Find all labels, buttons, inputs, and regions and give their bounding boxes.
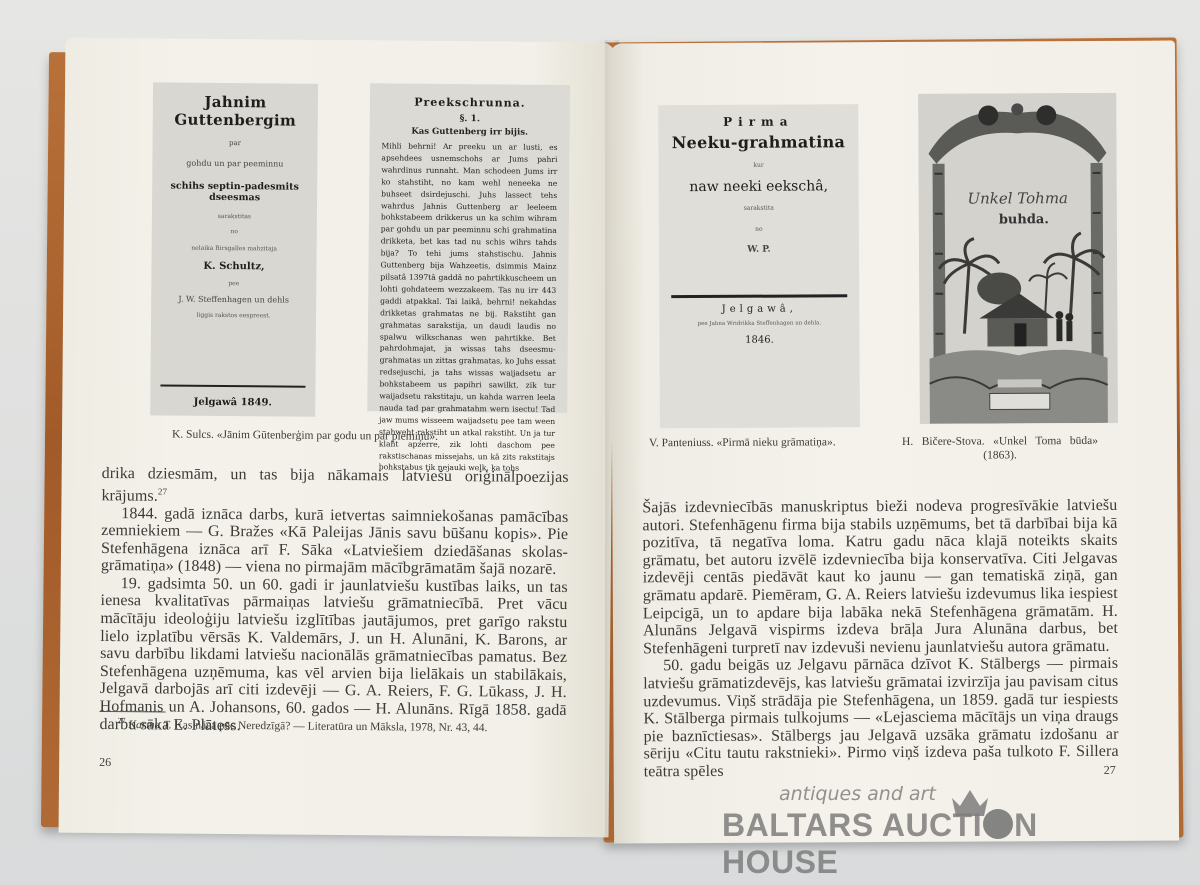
plate-ornament-rule — [671, 294, 847, 298]
footnote-author: Karma T. — [128, 719, 171, 731]
plate-subheading: Kas Guttenberg irr bijis. — [370, 126, 570, 138]
page-number-left: 26 — [99, 755, 111, 770]
page-number-right: 27 — [1104, 763, 1116, 778]
plate-line: kur — [659, 161, 859, 169]
plate-line: gohdu un par peeminnu — [152, 158, 317, 168]
plate-preekschrunna: Preekschrunna. §. 1. Kas Guttenberg irr … — [367, 83, 570, 413]
paragraph: 19. gadsimta 50. un 60. gadi ir jaunlatv… — [99, 575, 567, 737]
plate-line: Neeku-grahmatina — [658, 132, 858, 152]
plate-heading: Preekschrunna. — [370, 95, 570, 110]
paragraph: drika dziesmām, un tas bija nākamais lat… — [101, 465, 568, 509]
figure-caption-pirma: V. Panteniuss. «Pirmā nieku grāmatiņa». — [649, 435, 864, 450]
right-body-text: Šajās izdevniecībās manuskriptus bieži n… — [642, 497, 1118, 781]
plate-line: sarakstita — [659, 204, 859, 212]
crown-icon — [950, 788, 990, 818]
plate-line: Pirma — [658, 114, 858, 129]
figure-caption-unkel: H. Bičere-Stova. «Unkel Toma būda» (1863… — [902, 434, 1098, 463]
plate-line: K. Schultz, — [151, 260, 316, 272]
paragraph: Šajās izdevniecībās manuskriptus bieži n… — [642, 497, 1118, 658]
plate-pirma-neeku-grahmatina: Pirma Neeku-grahmatina kur naw neeki eek… — [658, 104, 860, 428]
plate-line: par — [153, 138, 318, 147]
plate-line: nelaika Birsgalles mahzitaja — [152, 244, 317, 252]
footnote-number: 27 — [117, 716, 125, 725]
watermark-name: BALTARS AUCTIN HOUSE — [722, 807, 1142, 881]
plate-line: Jelgawâ, — [659, 303, 859, 315]
footnote-text: Kas nāca pēc Neredzīgā? — Literatūra un … — [174, 719, 487, 734]
svg-text:Unkel Tohma: Unkel Tohma — [967, 189, 1068, 208]
plate-section: §. 1. — [370, 113, 570, 125]
footnote-ref[interactable]: 27 — [158, 486, 167, 496]
plate-line: sarakstitas — [152, 212, 317, 220]
plate-line: Jahnim Guttenbergim — [153, 92, 318, 129]
plate-line: Jelgawâ 1849. — [150, 396, 315, 408]
plate-unkel-tohma-buhda: Unkel Tohma buhda. — [918, 93, 1118, 424]
plate-line: schihs septin-padesmits dseesmas — [152, 180, 317, 203]
figure-caption: K. Sulcs. «Jānim Gūtenberģim par godu un… — [172, 428, 438, 444]
plate-rule — [160, 384, 305, 387]
svg-text:buhda.: buhda. — [999, 212, 1049, 227]
plate-line: pee — [151, 279, 316, 287]
plate-body-text: Mihli behrni! Ar preeku un ar lusti, es … — [367, 140, 570, 475]
engraving-illustration-icon: Unkel Tohma buhda. — [918, 93, 1118, 424]
plate-jahnim-guttenbergim: Jahnim Guttenbergim par gohdu un par pee… — [150, 82, 318, 416]
left-page: Jahnim Guttenbergim par gohdu un par pee… — [59, 38, 616, 838]
plate-line: J. W. Steffenhagen un dehls — [151, 294, 316, 304]
plate-line: naw neeki eekschâ, — [659, 178, 859, 195]
plate-line: W. P. — [659, 244, 859, 255]
left-body-text: drika dziesmām, un tas bija nākamais lat… — [99, 465, 568, 737]
watermark-name-part1: BALTARS AUCTI — [722, 807, 982, 843]
plate-line: no — [659, 225, 859, 233]
paragraph-text: drika dziesmām, un tas bija nākamais lat… — [101, 465, 568, 504]
caption-text: V. Panteniuss. «Pirmā nieku grāmatiņa». — [649, 436, 836, 449]
auction-house-watermark: antiques and art BALTARS AUCTIN HOUSE — [722, 780, 1142, 860]
paragraph: 1844. gadā iznāca darbs, kurā ietvertas … — [101, 504, 569, 578]
plate-line: no — [152, 227, 317, 235]
plate-line: pee Jahna Wridrikka Steffenhagen un dehl… — [659, 320, 859, 327]
watermark-tagline: antiques and art — [779, 783, 936, 805]
plate-line: liggis rakstos eespreest. — [151, 311, 316, 319]
right-page: Pirma Neeku-grahmatina kur naw neeki eek… — [610, 41, 1179, 844]
plate-line: 1846. — [659, 334, 859, 346]
paragraph: 50. gadu beigās uz Jelgavu pārnāca dzīvo… — [643, 655, 1119, 781]
caption-text: H. Bičere-Stova. «Unkel Toma būda» (1863… — [902, 435, 1098, 462]
